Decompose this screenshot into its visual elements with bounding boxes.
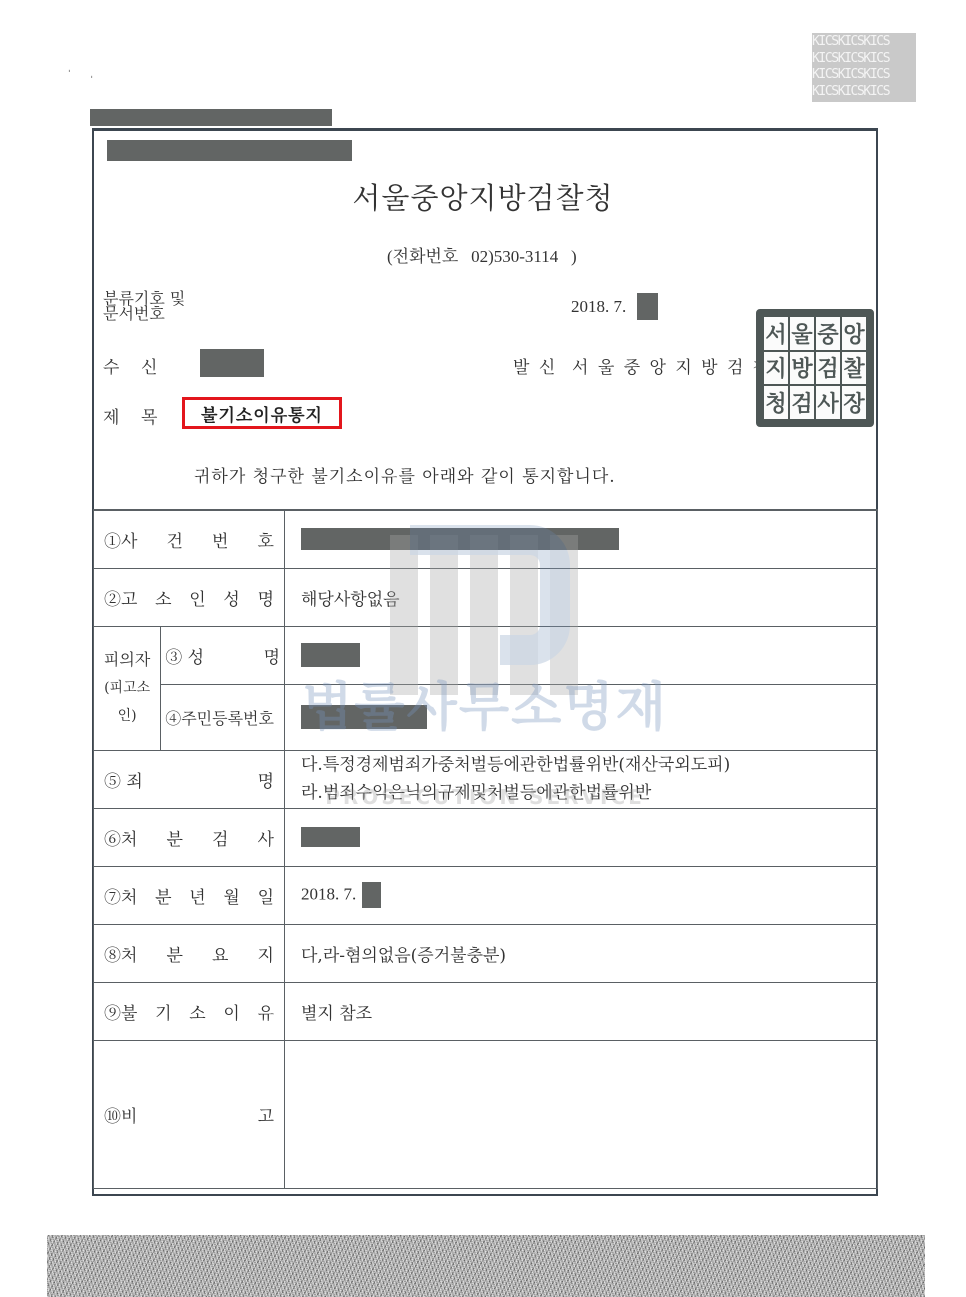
label-part: ⑧처: [104, 941, 137, 966]
value-reason: 별지 참조: [285, 982, 878, 1040]
label-part: 건: [167, 527, 183, 552]
seal-glyph: 검: [790, 386, 814, 419]
suspect-group-line1: 피의자: [96, 646, 158, 674]
label-suspect-name: ③ 성 명: [161, 626, 285, 684]
redaction-disposition-day: [362, 882, 381, 908]
kics-line: KICSKICSKICS: [812, 67, 916, 84]
kics-line: KICSKICSKICS: [812, 34, 916, 51]
redaction-header-inner: [107, 140, 352, 161]
charge-item: 다.특정경제범죄가중처벌등에관한법률위반(재산국외도피): [301, 751, 867, 779]
classification-label: 분류기호 및 문서번호: [103, 291, 185, 321]
seal-glyph: 앙: [842, 317, 866, 350]
label-part: 요: [212, 941, 228, 966]
label-part: ②고: [104, 585, 137, 610]
agency-title: 서울중앙지방검찰청: [0, 176, 966, 217]
label-part: ③ 성: [165, 643, 204, 668]
label-remarks: ⑩비 고: [94, 1040, 285, 1188]
phone-line: (전화번호 02)530-3114 ): [387, 242, 577, 267]
official-seal: 서 울 중 앙 지 방 검 찰 청 검 사 장: [756, 309, 874, 427]
scan-marks: ˈ ˌ: [68, 70, 93, 80]
label-disposition-date: ⑦처 분 년 월 일: [94, 866, 285, 924]
suspect-group-line2: (피고소인): [96, 674, 158, 730]
label-part: 인: [189, 585, 205, 610]
label-part: ⑥처: [104, 825, 137, 850]
row-charges: ⑤ 죄 명 다.특정경제범죄가중처벌등에관한법률위반(재산국외도피) 라.범죄수…: [94, 750, 878, 808]
label-part: 이: [223, 999, 239, 1024]
label-part: ⑦처: [104, 883, 137, 908]
label-part: 일: [258, 883, 274, 908]
charge-item: 라.범죄수익은닉의규제및처벌등에관한법률위반: [301, 779, 867, 807]
label-part: 지: [258, 941, 274, 966]
value-disposition-date: 2018. 7.: [285, 866, 878, 924]
document-date: 2018. 7.: [571, 297, 626, 317]
label-part: 기: [155, 999, 171, 1024]
row-suspect-id: ④주민등록번호: [94, 684, 878, 750]
redaction-suspect-id: [301, 705, 427, 729]
value-remarks: [285, 1040, 878, 1188]
label-part: 명: [264, 643, 280, 668]
label-part: ⑤ 죄: [104, 767, 143, 792]
redaction-header-outer: [90, 109, 332, 126]
label-part: 명: [258, 767, 274, 792]
label-part: 번: [212, 527, 228, 552]
label-part: ⑨불: [104, 999, 137, 1024]
value-complainant: 해당사항없음: [285, 568, 878, 626]
label-part: ①사: [104, 527, 137, 552]
label-reason: ⑨불 기 소 이 유: [94, 982, 285, 1040]
label-charges: ⑤ 죄 명: [94, 750, 285, 808]
value-disposition-summary: 다,라-혐의없음(증거불충분): [285, 924, 878, 982]
label-part: 고: [258, 1102, 274, 1127]
label-part: 성: [223, 585, 239, 610]
row-suspect-name: 피의자 (피고소인) ③ 성 명: [94, 626, 878, 684]
row-disposition-summary: ⑧처 분 요 지 다,라-혐의없음(증거불충분): [94, 924, 878, 982]
redaction-case-number: [301, 528, 619, 550]
value-charges: 다.특정경제범죄가중처벌등에관한법률위반(재산국외도피) 라.범죄수익은닉의규제…: [285, 750, 878, 808]
seal-glyph: 중: [816, 317, 840, 350]
value-case-number: [285, 510, 878, 568]
label-disposition-summary: ⑧처 분 요 지: [94, 924, 285, 982]
value-prosecutor: [285, 808, 878, 866]
subject-text: 불기소이유통지: [201, 401, 323, 426]
label-part: ⑩비: [104, 1102, 137, 1127]
redaction-suspect-name: [301, 643, 360, 667]
redaction-recipient: [200, 349, 264, 377]
seal-glyph: 검: [816, 352, 840, 385]
row-remarks: ⑩비 고: [94, 1040, 878, 1188]
scan-noise-strip: [47, 1235, 925, 1297]
label-part: 분: [155, 883, 171, 908]
seal-glyph: 청: [764, 386, 788, 419]
label-part: 검: [212, 825, 228, 850]
classification-label-line2: 문서번호: [103, 306, 185, 321]
label-part: 사: [258, 825, 274, 850]
value-suspect-id: [285, 684, 878, 750]
label-part: 소: [189, 999, 205, 1024]
label-suspect-group: 피의자 (피고소인): [94, 626, 161, 750]
label-part: 호: [258, 527, 274, 552]
recipient-label: 수 신: [103, 353, 157, 378]
row-reason: ⑨불 기 소 이 유 별지 참조: [94, 982, 878, 1040]
label-case-number: ①사 건 번 호: [94, 510, 285, 568]
row-complainant: ②고 소 인 성 명 해당사항없음: [94, 568, 878, 626]
label-part: 분: [167, 941, 183, 966]
row-disposition-date: ⑦처 분 년 월 일 2018. 7.: [94, 866, 878, 924]
notice-table: ①사 건 번 호 ②고 소 인 성 명 해당사항없음 피의자 (피고소인): [93, 509, 878, 1189]
seal-glyph: 지: [764, 352, 788, 385]
redaction-prosecutor: [301, 827, 360, 847]
label-part: 분: [167, 825, 183, 850]
subject-label: 제 목: [103, 403, 157, 428]
seal-glyph: 찰: [842, 352, 866, 385]
disposition-date-text: 2018. 7.: [301, 885, 356, 904]
seal-glyph: 장: [842, 386, 866, 419]
kics-line: KICSKICSKICS: [812, 84, 916, 101]
kics-stamp: KICSKICSKICS KICSKICSKICS KICSKICSKICS K…: [812, 33, 916, 102]
label-part: 소: [155, 585, 171, 610]
label-part: 월: [223, 883, 239, 908]
label-prosecutor: ⑥처 분 검 사: [94, 808, 285, 866]
seal-glyph: 방: [790, 352, 814, 385]
kics-line: KICSKICSKICS: [812, 51, 916, 68]
label-part: 년: [189, 883, 205, 908]
intro-sentence: 귀하가 청구한 불기소이유를 아래와 같이 통지합니다.: [194, 462, 616, 487]
row-case-number: ①사 건 번 호: [94, 510, 878, 568]
row-prosecutor: ⑥처 분 검 사: [94, 808, 878, 866]
label-suspect-id: ④주민등록번호: [161, 684, 285, 750]
subject-highlight: 불기소이유통지: [182, 397, 342, 429]
label-part: 명: [258, 585, 274, 610]
seal-glyph: 울: [790, 317, 814, 350]
label-part: 유: [258, 999, 274, 1024]
label-complainant: ②고 소 인 성 명: [94, 568, 285, 626]
value-suspect-name: [285, 626, 878, 684]
seal-glyph: 서: [764, 317, 788, 350]
seal-glyph: 사: [816, 386, 840, 419]
redaction-date: [637, 293, 658, 320]
